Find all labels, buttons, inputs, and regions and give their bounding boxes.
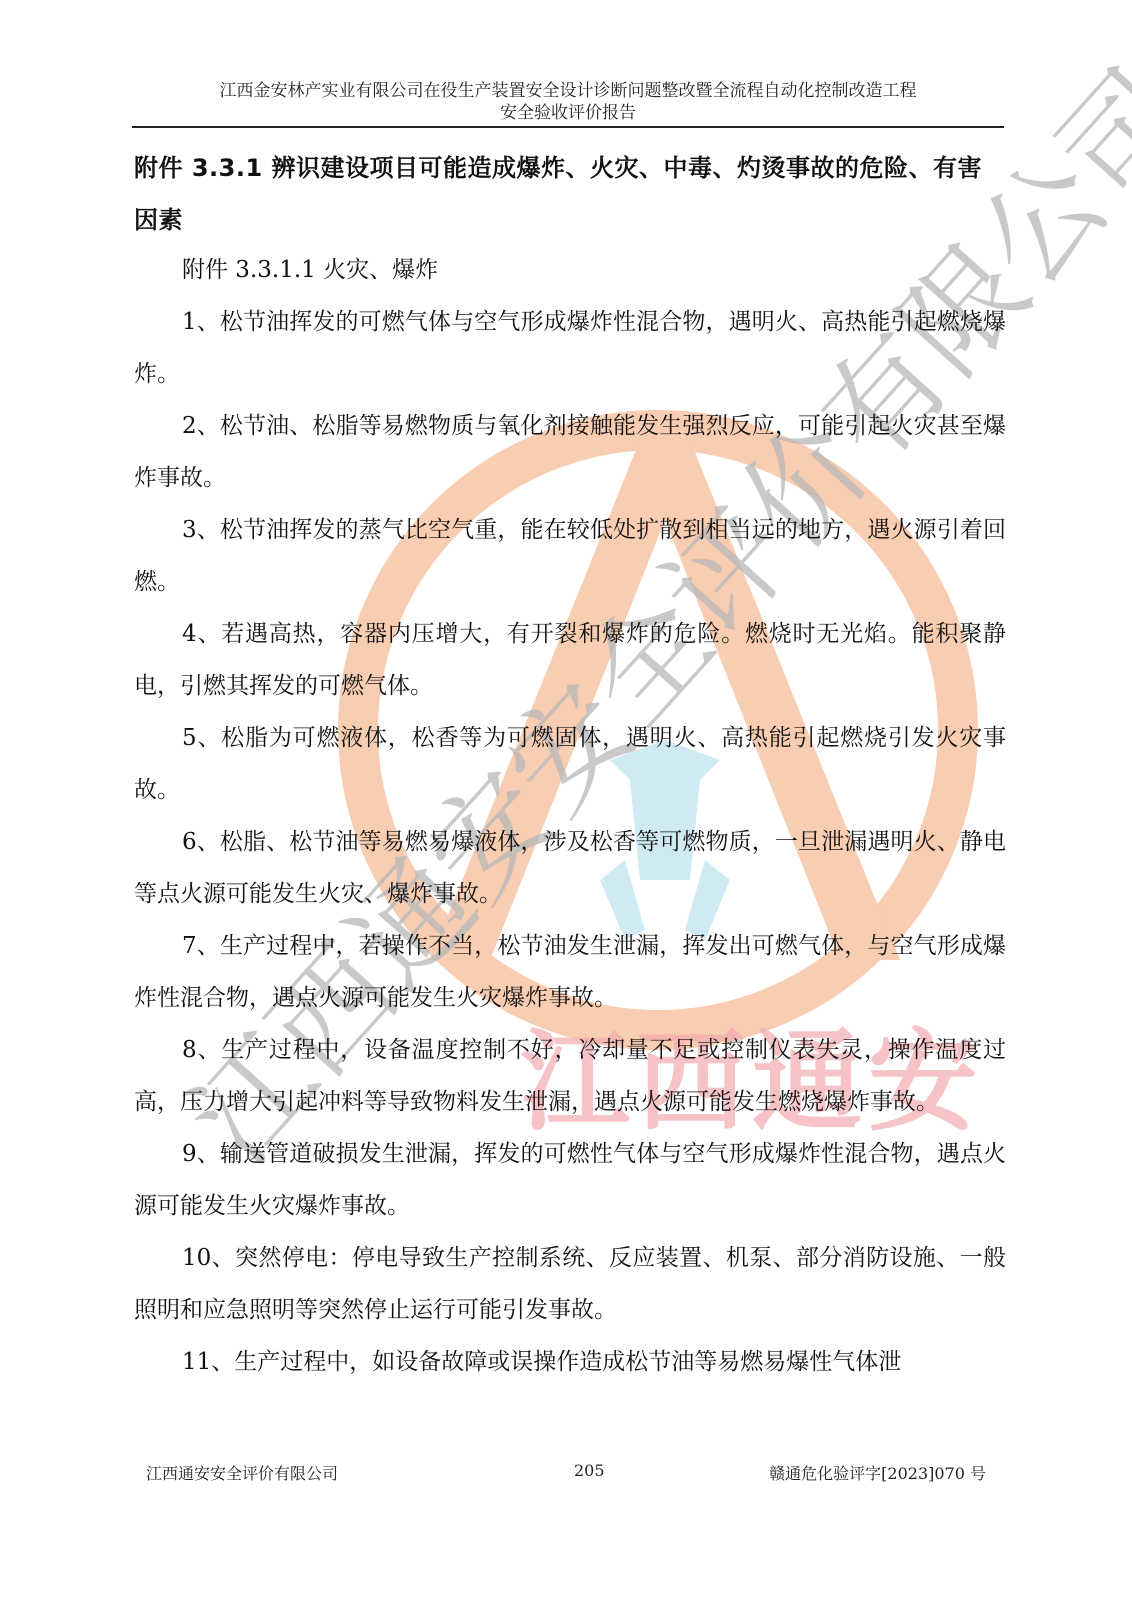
header-divider [132, 126, 1004, 128]
document-page: 江西通安 江西通安安全评价有限公司 江西金安林产实业有限公司在役生产装置安全设计… [0, 0, 1132, 1600]
paragraph-4: 4、若遇高热，容器内压增大，有开裂和爆炸的危险。燃烧时无光焰。能积聚静电，引燃其… [134, 608, 1006, 712]
paragraph-2: 2、松节油、松脂等易燃物质与氧化剂接触能发生强烈反应，可能引起火灾甚至爆炸事故。 [134, 400, 1006, 504]
paragraph-10: 10、突然停电：停电导致生产控制系统、反应装置、机泵、部分消防设施、一般照明和应… [134, 1232, 1006, 1336]
paragraph-7: 7、生产过程中，若操作不当，松节油发生泄漏，挥发出可燃气体，与空气形成爆炸性混合… [134, 920, 1006, 1024]
paragraph-5: 5、松脂为可燃液体，松香等为可燃固体，遇明火、高热能引起燃烧引发火灾事故。 [134, 712, 1006, 816]
page-footer: 江西通安安全评价有限公司 205 赣通危化验评字[2023]070 号 [146, 1461, 986, 1487]
paragraph-9: 9、输送管道破损发生泄漏，挥发的可燃性气体与空气形成爆炸性混合物，遇点火源可能发… [134, 1128, 1006, 1232]
paragraph-3: 3、松节油挥发的蒸气比空气重，能在较低处扩散到相当远的地方，遇火源引着回燃。 [134, 504, 1006, 608]
section-heading: 附件 3.3.1 辨识建设项目可能造成爆炸、火灾、中毒、灼烫事故的危险、有害因素 [134, 142, 1006, 246]
paragraph-11: 11、生产过程中，如设备故障或误操作造成松节油等易燃易爆性气体泄 [134, 1336, 1006, 1388]
header-title-line1: 江西金安林产实业有限公司在役生产装置安全设计诊断问题整改暨全流程自动化控制改造工… [132, 80, 1004, 102]
paragraph-1: 1、松节油挥发的可燃气体与空气形成爆炸性混合物，遇明火、高热能引起燃烧爆炸。 [134, 296, 1006, 400]
footer-company: 江西通安安全评价有限公司 [146, 1461, 338, 1484]
paragraph-6: 6、松脂、松节油等易燃易爆液体，涉及松香等可燃物质，一旦泄漏遇明火、静电等点火源… [134, 816, 1006, 920]
page-header: 江西金安林产实业有限公司在役生产装置安全设计诊断问题整改暨全流程自动化控制改造工… [132, 80, 1004, 124]
paragraph-8: 8、生产过程中，设备温度控制不好，冷却量不足或控制仪表失灵，操作温度过高，压力增… [134, 1024, 1006, 1128]
subsection-heading: 附件 3.3.1.1 火灾、爆炸 [134, 244, 1006, 296]
footer-page-number: 205 [574, 1461, 605, 1480]
header-title-line2: 安全验收评价报告 [132, 102, 1004, 124]
document-body: 附件 3.3.1.1 火灾、爆炸 1、松节油挥发的可燃气体与空气形成爆炸性混合物… [134, 244, 1006, 1388]
footer-doc-number: 赣通危化验评字[2023]070 号 [769, 1461, 986, 1484]
